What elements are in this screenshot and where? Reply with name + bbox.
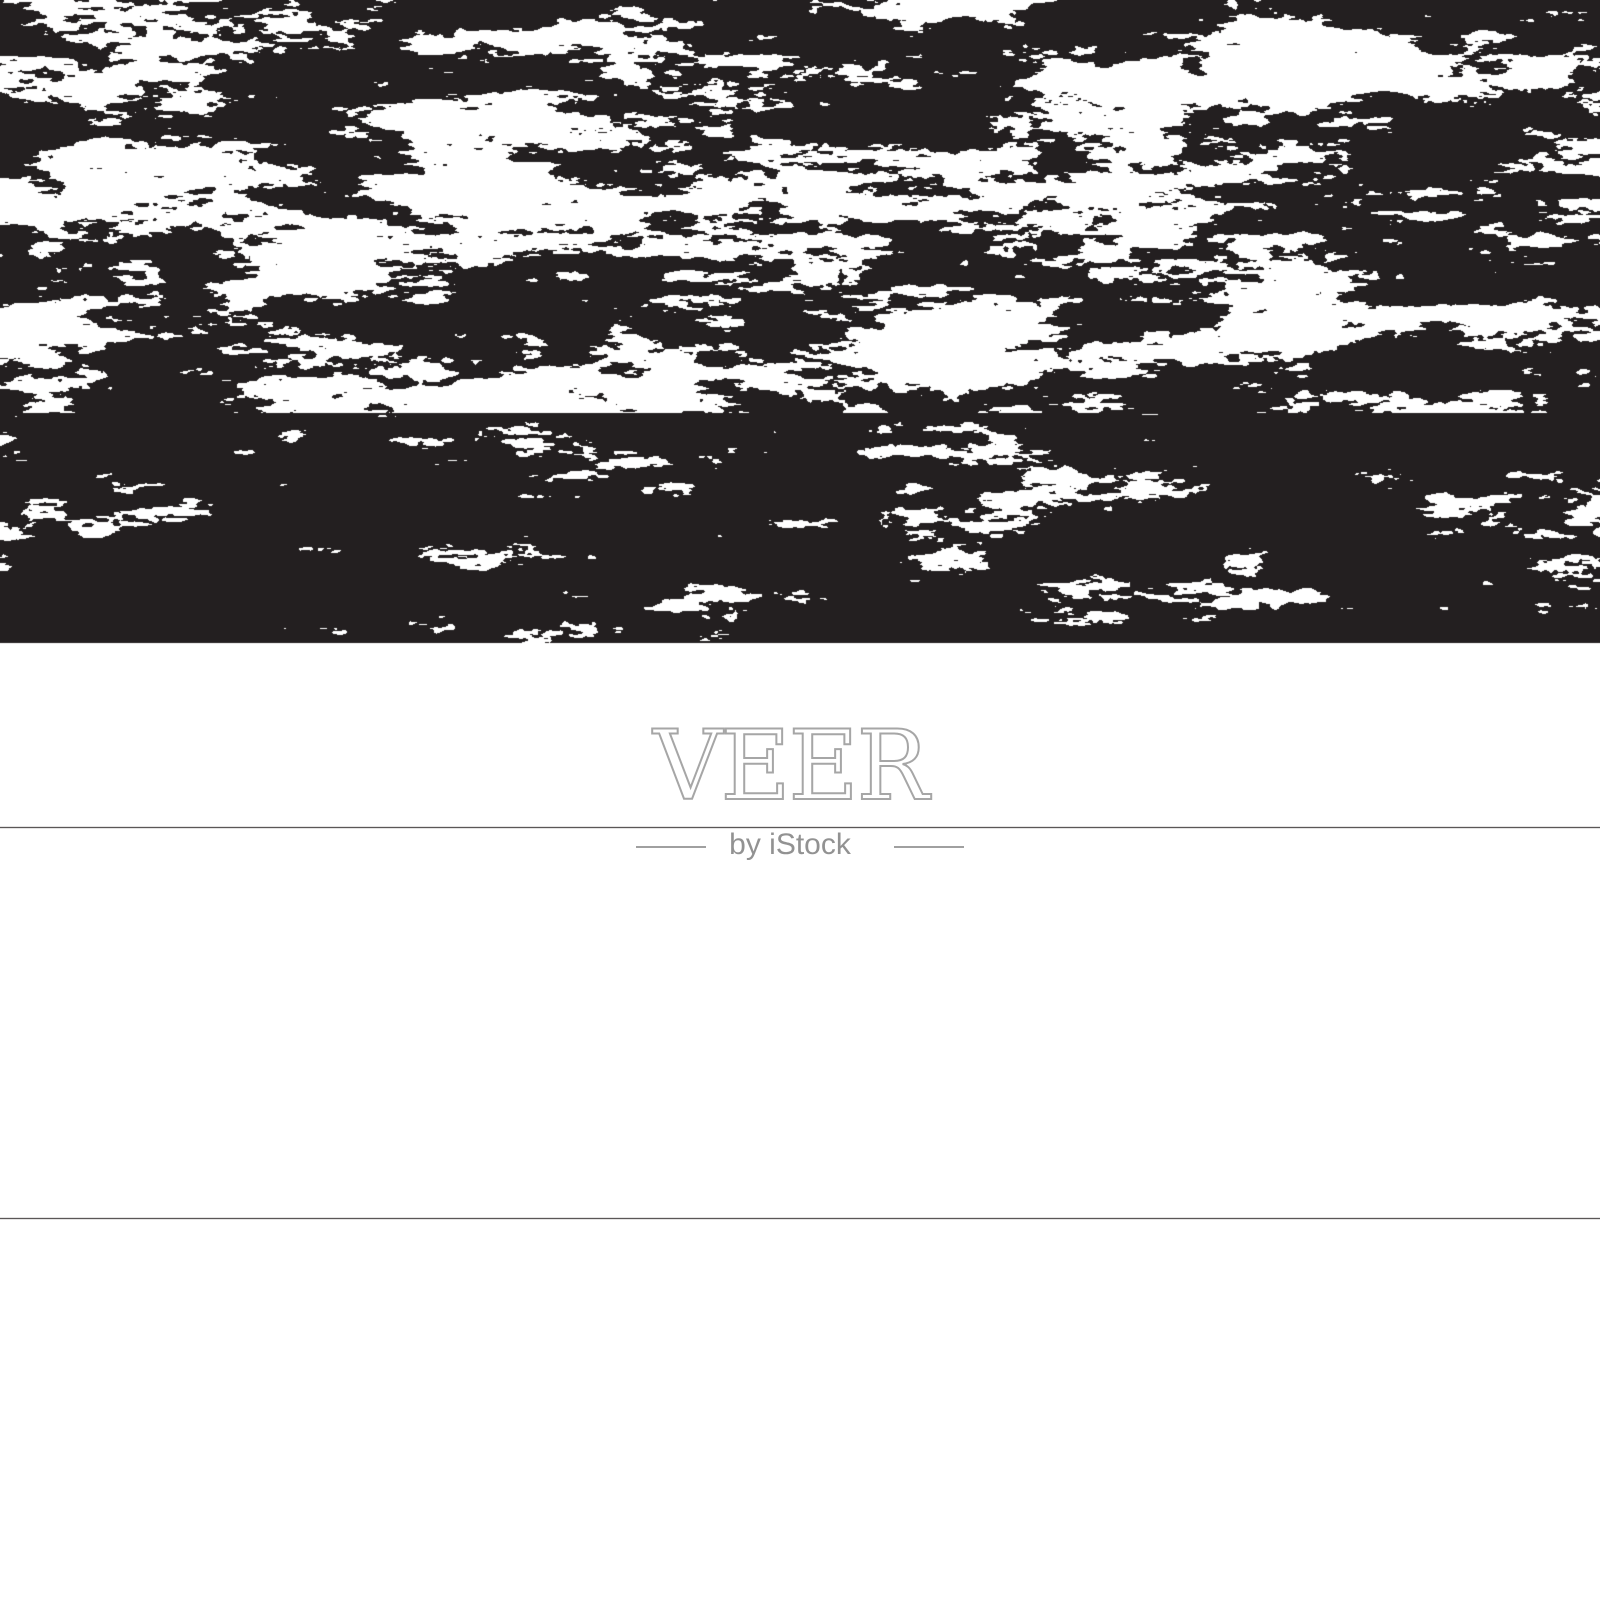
grunge-wood-texture	[0, 0, 1600, 1600]
